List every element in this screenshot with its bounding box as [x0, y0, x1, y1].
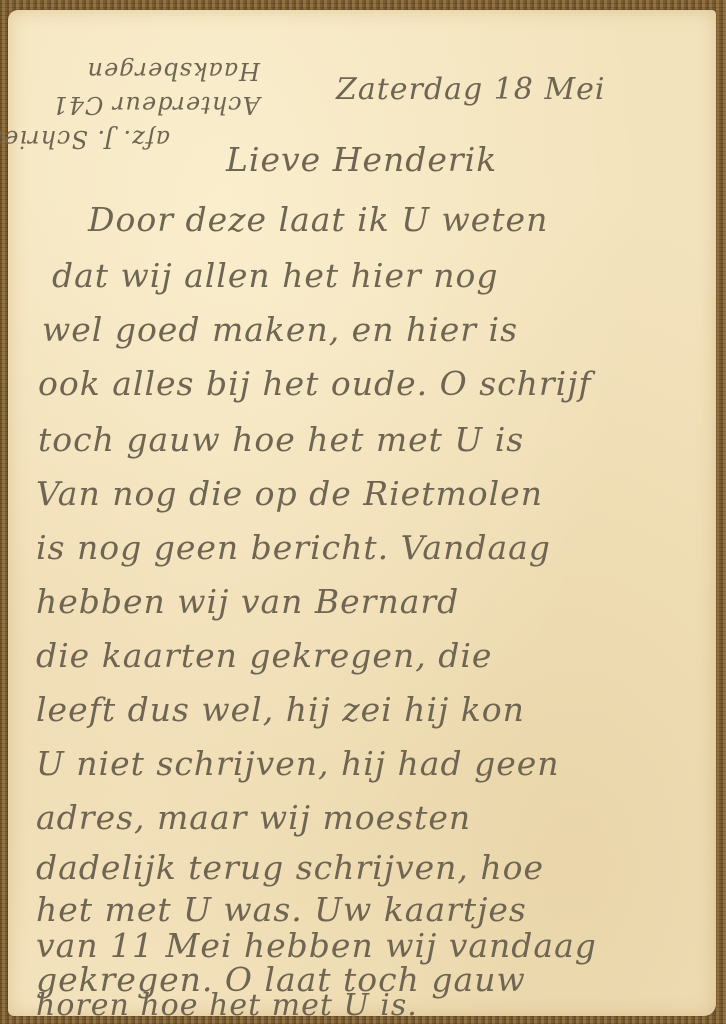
body-line: horen hoe het met U is. [36, 988, 418, 1023]
body-line: het met U was. Uw kaartjes [36, 890, 527, 929]
body-line: die kaarten gekregen, die [36, 636, 492, 675]
body-line: is nog geen bericht. Vandaag [36, 528, 551, 567]
body-line: Van nog die op de Rietmolen [36, 474, 543, 513]
body-line: ook alles bij het oude. O schrijf [38, 364, 592, 403]
sender-line-3: Haaksbergen [20, 54, 320, 88]
body-line: toch gauw hoe het met U is [38, 420, 524, 459]
postcard: afz. J. Schrier – Achterdeur C41 Haaksbe… [8, 10, 716, 1016]
date: Zaterdag 18 Mei [336, 72, 606, 107]
sender-line-2: Achterdeur C41 [20, 88, 320, 122]
body-line: Door deze laat ik U weten [88, 200, 548, 239]
salutation: Lieve Henderik [226, 140, 497, 179]
body-line: adres, maar wij moesten [36, 798, 471, 837]
body-line: wel goed maken, en hier is [42, 310, 518, 349]
body-line: U niet schrijven, hij had geen [36, 744, 560, 783]
body-line: dadelijk terug schrijven, hoe [36, 848, 544, 887]
body-line: hebben wij van Bernard [36, 582, 459, 621]
body-line: leeft dus wel, hij zei hij kon [36, 690, 525, 729]
body-line: dat wij allen het hier nog [52, 256, 499, 295]
